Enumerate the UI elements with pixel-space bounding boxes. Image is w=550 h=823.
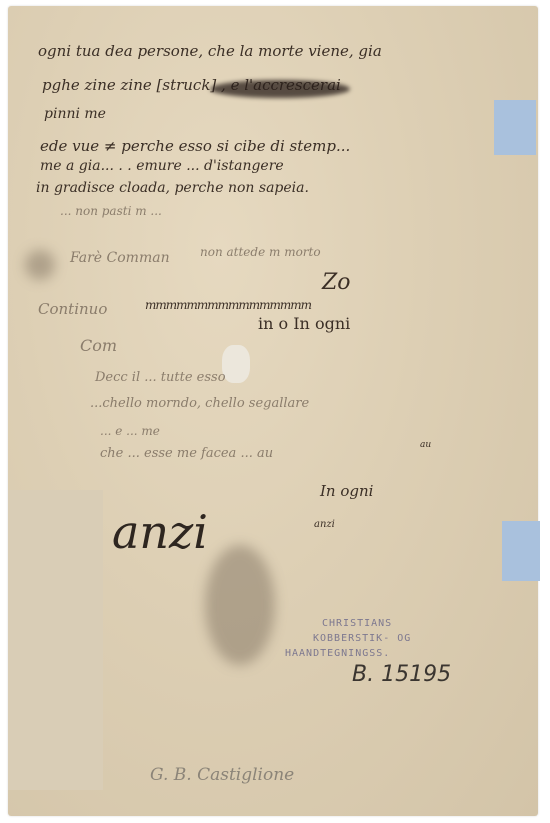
- struck-out-smudge: [210, 80, 350, 98]
- au-mark: au: [420, 440, 431, 450]
- zo-mark: Zo: [322, 270, 351, 295]
- line-7: ... non pasti m ...: [60, 204, 162, 218]
- stamp-line-1: CHRISTIANS: [322, 618, 392, 629]
- continuo-label: Continuo: [38, 300, 107, 318]
- large-anzi: anzi: [112, 505, 208, 559]
- line-1: ogni tua dea persone, che la morte viene…: [38, 42, 382, 60]
- ink-stain: [205, 545, 275, 665]
- line-15: che ... esse me facea ... au: [100, 446, 273, 461]
- line-6: in gradisce cloada, perche non sapeia.: [36, 180, 309, 196]
- ink-blot-left: [25, 250, 55, 280]
- line-12: Decc il ... tutte esso: [95, 370, 226, 385]
- blue-tab-top: [494, 100, 536, 155]
- line-13: ...chello morndo, chello segallare: [90, 396, 309, 411]
- paper-loss: [222, 345, 250, 383]
- line-3: pinni me: [44, 106, 106, 122]
- line-5: me a gia... . . emure ... d'istangere: [40, 158, 284, 174]
- line-4: ede vue ≠ perche esso si cibe di stemp..…: [40, 137, 350, 155]
- catalog-number: B. 15195: [352, 662, 451, 687]
- line-9: non attede m morto: [200, 245, 321, 259]
- stamp-line-2: KOBBERSTIK- OG: [313, 633, 411, 644]
- stamp-line-3: HAANDTEGNINGSS.: [285, 648, 390, 659]
- in-ogni-1: in o In ogni: [258, 314, 350, 333]
- line-8: Farè Comman: [70, 250, 170, 266]
- small-anzi: anzi: [314, 519, 335, 530]
- paper-repair-patch: [8, 490, 103, 790]
- line-14: ... e ... me: [100, 424, 160, 438]
- attribution-signature: G. B. Castiglione: [150, 765, 294, 785]
- scribble-line: mmmmmmmmmmmmmmmm: [145, 298, 311, 312]
- com-label: Com: [80, 336, 117, 355]
- in-ogni-2: In ogni: [320, 482, 373, 500]
- blue-tab-bottom: [502, 521, 540, 581]
